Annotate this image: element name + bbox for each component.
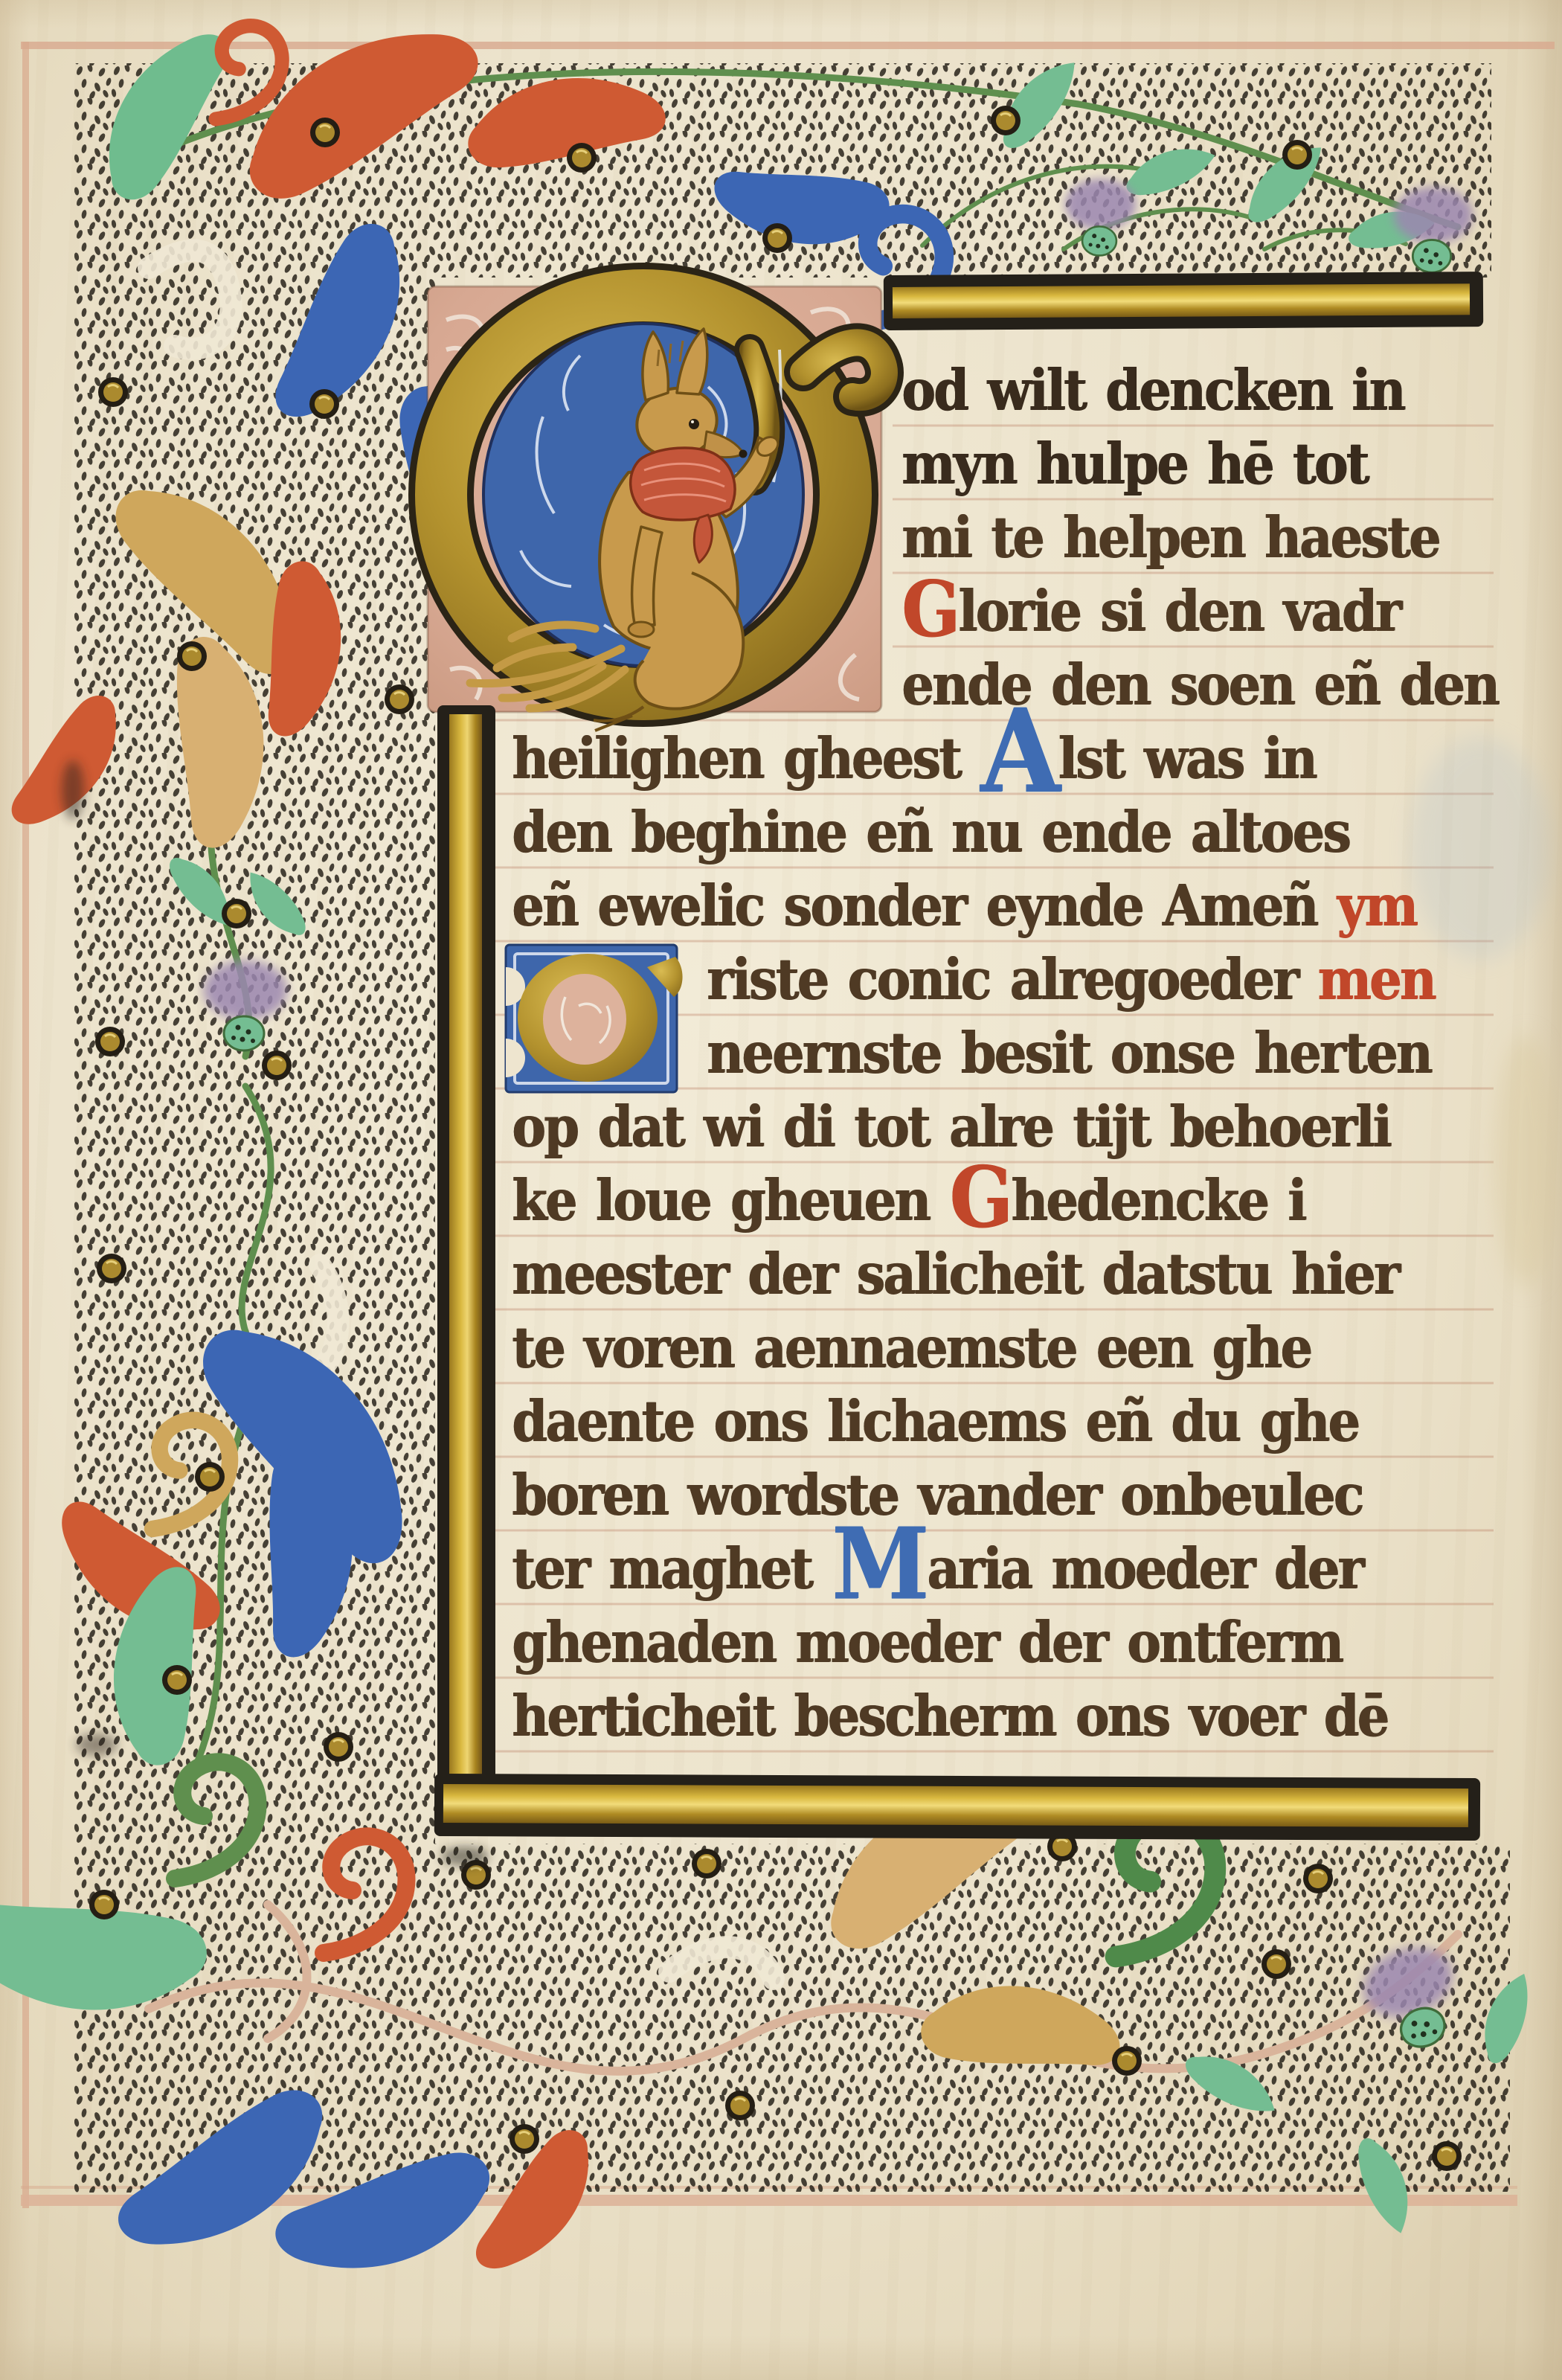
text-segment: ghenaden moeder der ontferm — [512, 1609, 1342, 1676]
text-segment: lorie si den vadr — [958, 578, 1400, 645]
text-line-10: neernste besit onse herten — [707, 1020, 1431, 1087]
text-line-14: te voren aennaemste een ghe — [512, 1315, 1311, 1382]
text-segment: hedencke i — [1011, 1167, 1305, 1234]
text-line-13: meester der salicheit datstu hier — [512, 1241, 1398, 1308]
text-line-17: ter maghet Maria moeder der — [512, 1536, 1363, 1603]
text-segment: ym — [1337, 873, 1415, 940]
text-line-15: daente ons lichaems eñ du ghe — [512, 1388, 1358, 1455]
text-segment: daente ons lichaems eñ du ghe — [512, 1388, 1358, 1455]
text-line-18: ghenaden moeder der ontferm — [512, 1609, 1342, 1676]
text-segment: aria moeder der — [927, 1536, 1362, 1603]
text-line-1: od wilt dencken in — [901, 357, 1404, 424]
text-segment: lst was in — [1058, 725, 1316, 792]
text-segment: ter maghet — [512, 1536, 832, 1603]
text-line-12: ke loue gheuen Ghedencke i — [512, 1167, 1305, 1234]
text-segment: meester der salicheit datstu hier — [512, 1241, 1398, 1308]
text-line-9: riste conic alregoeder men — [707, 946, 1435, 1013]
text-segment: mi te helpen haeste — [901, 504, 1439, 571]
text-line-3: mi te helpen haeste — [901, 504, 1439, 571]
parchment-page: od wilt dencken inmyn hulpe hē totmi te … — [0, 0, 1562, 2380]
text-segment: myn hulpe hē tot — [901, 431, 1367, 498]
text-line-7: den beghine eñ nu ende altoes — [512, 799, 1349, 866]
text-line-19: herticheit bescherm ons voer dē — [512, 1683, 1387, 1750]
text-line-2: myn hulpe hē tot — [901, 431, 1367, 498]
text-segment: neernste besit onse herten — [707, 1020, 1431, 1087]
text-line-6: heilighen gheest Alst was in — [512, 725, 1316, 792]
text-segment: heilighen gheest — [512, 725, 980, 792]
text-segment: eñ ewelic sonder eynde Ameñ — [512, 873, 1337, 940]
text-line-16: boren wordste vander onbeulec — [512, 1462, 1362, 1529]
text-segment: ke loue gheuen — [512, 1167, 949, 1234]
text-line-4: Glorie si den vadr — [901, 578, 1400, 645]
text-segment: boren wordste vander onbeulec — [512, 1462, 1362, 1529]
text-segment: od wilt dencken in — [901, 357, 1404, 424]
text-segment: den beghine eñ nu ende altoes — [512, 799, 1349, 866]
text-block: od wilt dencken inmyn hulpe hē totmi te … — [0, 0, 1562, 2380]
text-line-8: eñ ewelic sonder eynde Ameñ ym — [512, 873, 1416, 940]
text-segment: te voren aennaemste een ghe — [512, 1315, 1311, 1382]
text-segment: herticheit bescherm ons voer dē — [512, 1683, 1387, 1750]
text-segment: riste conic alregoeder — [707, 946, 1317, 1013]
text-segment: men — [1317, 946, 1434, 1013]
